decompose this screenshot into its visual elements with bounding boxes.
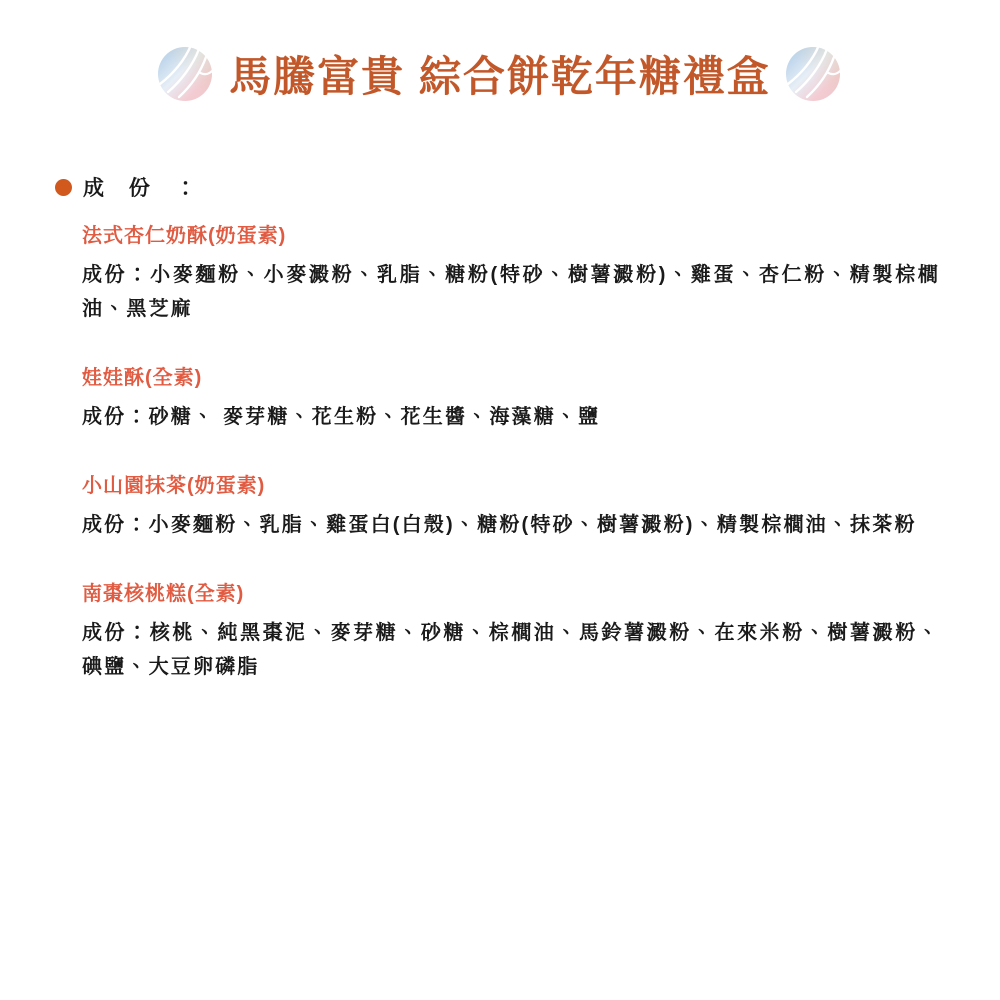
section-title: 南棗核桃糕(全素) xyxy=(82,577,940,606)
ingredient-section: 南棗核桃糕(全素) 成份：核桃、純黑棗泥、麥芽糖、砂糖、棕櫚油、馬鈴薯澱粉、在來… xyxy=(82,577,940,684)
section-ingredients: 成份：小麥麵粉、小麥澱粉、乳脂、糖粉(特砂、樹薯澱粉)、雞蛋、杏仁粉、精製棕櫚油… xyxy=(82,258,940,326)
ingredient-section: 法式杏仁奶酥(奶蛋素) 成份：小麥麵粉、小麥澱粉、乳脂、糖粉(特砂、樹薯澱粉)、… xyxy=(82,219,940,326)
pearl-ornament-icon xyxy=(157,42,215,106)
orange-dot-icon xyxy=(55,179,72,196)
pearl-ornament-icon xyxy=(785,42,843,106)
ingredient-section: 小山園抹茶(奶蛋素) 成份：小麥麵粉、乳脂、雞蛋白(白殼)、糖粉(特砂、樹薯澱粉… xyxy=(82,469,940,542)
section-title: 小山園抹茶(奶蛋素) xyxy=(82,469,940,498)
ingredients-label-row: 成 份 ： xyxy=(55,172,1000,202)
section-title: 法式杏仁奶酥(奶蛋素) xyxy=(82,219,940,248)
ingredients-label: 成 份 ： xyxy=(83,172,198,202)
section-ingredients: 成份：砂糖、 麥芽糖、花生粉、花生醬、海藻糖、鹽 xyxy=(82,400,940,434)
product-ingredients-page: 馬騰富貴 綜合餅乾年糖禮盒 成 份 ： 法式杏仁奶酥(奶蛋素) 成份：小麥麵粉、… xyxy=(0,0,1000,684)
section-ingredients: 成份：小麥麵粉、乳脂、雞蛋白(白殼)、糖粉(特砂、樹薯澱粉)、精製棕櫚油、抹茶粉 xyxy=(82,508,940,542)
section-title: 娃娃酥(全素) xyxy=(82,361,940,390)
section-ingredients: 成份：核桃、純黑棗泥、麥芽糖、砂糖、棕櫚油、馬鈴薯澱粉、在來米粉、樹薯澱粉、碘鹽… xyxy=(82,616,940,684)
page-title: 馬騰富貴 綜合餅乾年糖禮盒 xyxy=(229,44,771,104)
page-header: 馬騰富貴 綜合餅乾年糖禮盒 xyxy=(0,0,1000,106)
ingredient-section: 娃娃酥(全素) 成份：砂糖、 麥芽糖、花生粉、花生醬、海藻糖、鹽 xyxy=(82,361,940,434)
